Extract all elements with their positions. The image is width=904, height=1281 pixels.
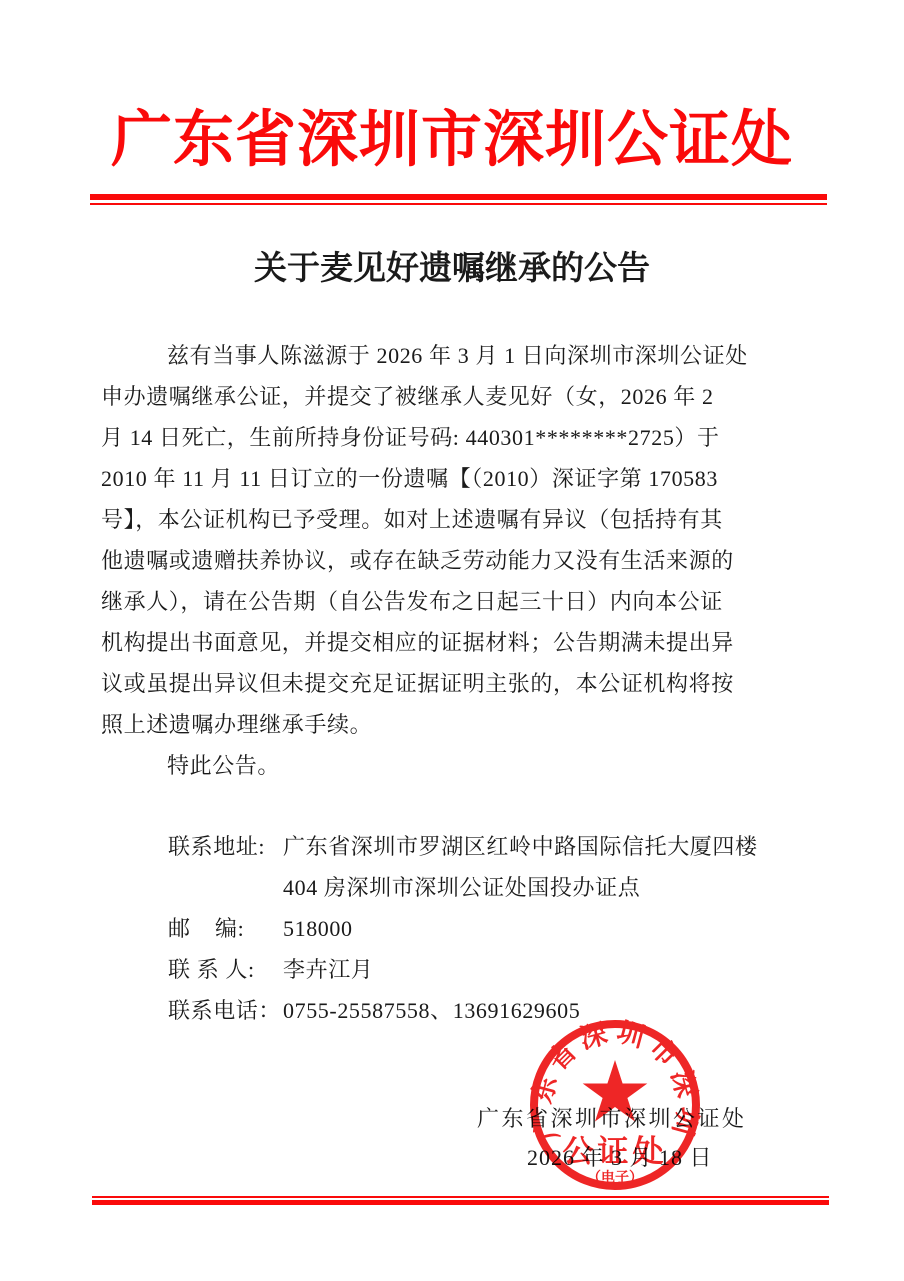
footer-thick-bar [92,1200,829,1205]
contact-postcode-value: 518000 [283,916,353,941]
contact-address-label: 联系地址: [168,826,283,867]
contact-address-line: 联系地址:广东省深圳市罗湖区红岭中路国际信托大厦四楼 [168,826,758,867]
divider-thin-bar [90,203,827,205]
contact-postcode-line: 邮 编:518000 [168,908,758,949]
body-line: 继承人），请在公告期（自公告发布之日起三十日）内向本公证 [101,581,813,622]
contact-person-label: 联 系 人: [168,949,283,990]
letterhead-divider-rule [90,194,827,205]
body-line: 兹有当事人陈滋源于 2026 年 3 月 1 日向深圳市深圳公证处 [101,335,813,376]
seal-star-icon [583,1060,648,1122]
contact-person-value: 李卉江月 [283,957,373,982]
notice-document-page: 广东省深圳市深圳公证处 关于麦见好遗嘱继承的公告 兹有当事人陈滋源于 2026 … [0,0,904,1281]
contact-address-value: 广东省深圳市罗湖区红岭中路国际信托大厦四楼 [283,834,758,859]
notice-title: 关于麦见好遗嘱继承的公告 [0,246,904,292]
contact-postcode-label: 邮 编: [168,908,283,949]
letterhead-org-name: 广东省深圳市深圳公证处 [0,98,904,183]
body-line: 号】，本公证机构已予受理。如对上述遗嘱有异议（包括持有其 [101,499,813,540]
seal-center-text: 公证处 [563,1134,668,1169]
body-line: 申办遗嘱继承公证，并提交了被继承人麦见好（女，2026 年 2 [101,376,813,417]
body-line: 他遗嘱或遗赠扶养协议，或存在缺乏劳动能力又没有生活来源的 [101,540,813,581]
divider-gap [90,200,827,202]
body-line: 机构提出书面意见，并提交相应的证据材料；公告期满未提出异 [101,622,813,663]
contact-phone-label: 联系电话： [168,990,283,1031]
body-line: 月 14 日死亡，生前所持身份证号码: 440301********2725）于 [101,417,813,458]
contact-block: 联系地址:广东省深圳市罗湖区红岭中路国际信托大厦四楼 404 房深圳市深圳公证处… [168,826,758,1031]
body-line: 照上述遗嘱办理继承手续。 [101,704,813,745]
body-line: 2010 年 11 月 11 日订立的一份遗嘱【（2010）深证字第 17058… [101,458,813,499]
official-seal: 广东省深圳市深圳 公证处 （电子） [525,1015,705,1195]
body-line: 议或虽提出异议但未提交充足证据证明主张的，本公证机构将按 [101,663,813,704]
contact-person-line: 联 系 人:李卉江月 [168,949,758,990]
body-closing-line: 特此公告。 [101,745,813,786]
seal-subscript-text: （电子） [587,1169,643,1186]
notice-body: 兹有当事人陈滋源于 2026 年 3 月 1 日向深圳市深圳公证处 申办遗嘱继承… [101,335,813,786]
footer-divider-rule [92,1196,829,1207]
contact-address-line2: 404 房深圳市深圳公证处国投办证点 [168,867,758,908]
